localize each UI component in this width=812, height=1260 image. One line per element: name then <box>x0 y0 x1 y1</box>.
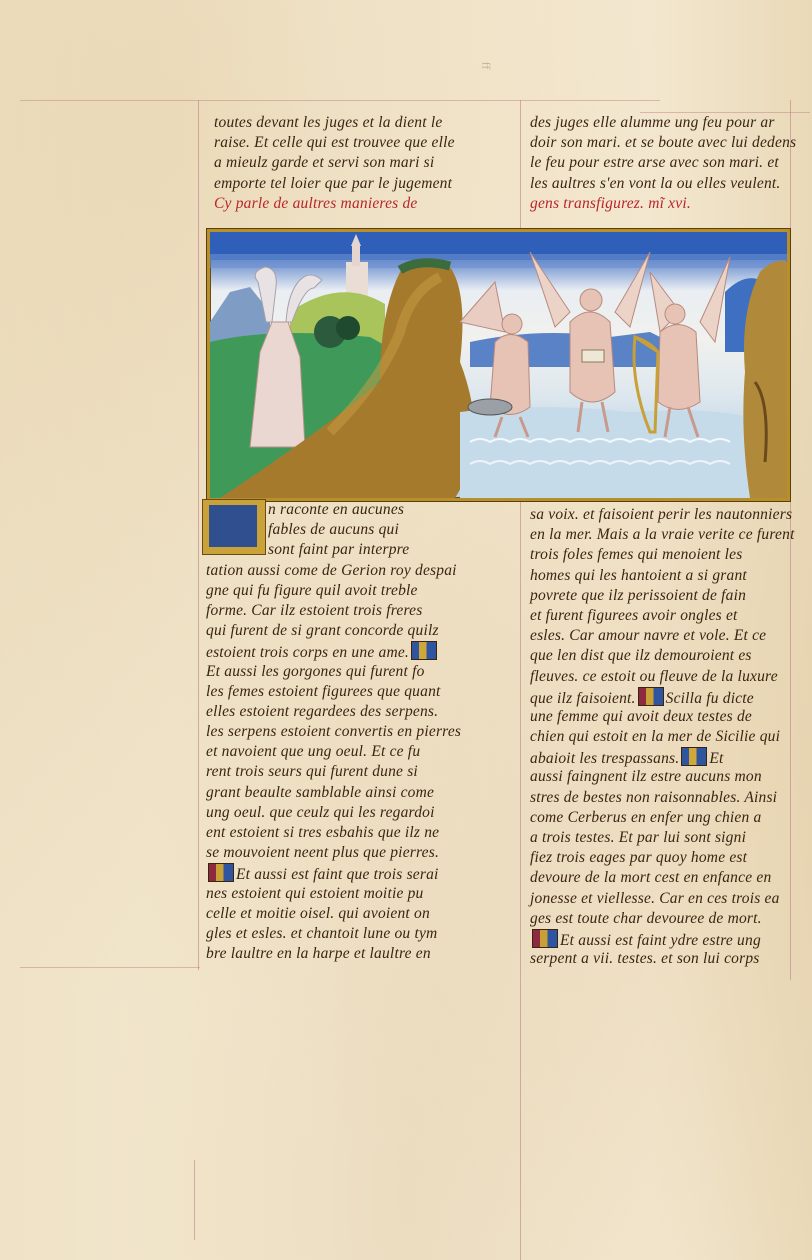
text-line: celle et moitie oisel. qui avoient on <box>206 904 468 924</box>
text-line: les femes estoient figurees que quant <box>206 682 468 702</box>
text-line: des juges elle alumme ung feu pour ar <box>530 113 790 133</box>
text-line: gne qui fu figure quil avoit treble <box>206 581 468 601</box>
text-line: Et aussi est faint que trois serai <box>206 863 468 883</box>
text-line: et furent figurees avoir ongles et <box>530 606 792 626</box>
text-line: bre laultre en la harpe et laultre en <box>206 944 468 964</box>
text-line: a trois testes. Et par lui sont signi <box>530 828 792 848</box>
ruling-line-lower <box>20 967 200 968</box>
text-line: n raconte en aucunes <box>206 500 468 520</box>
ruling-line-bottom-left <box>194 1160 195 1240</box>
text-line: homes qui les hantoient a si grant <box>530 566 792 586</box>
text-line: serpent a vii. testes. et son lui corps <box>530 949 792 969</box>
text-line: devoure de la mort cest en enfance en <box>530 868 792 888</box>
text-line: se mouvoient neent plus que pierres. <box>206 843 468 863</box>
text-line: qui furent de si grant concorde quilz <box>206 621 468 641</box>
small-initial <box>208 863 234 882</box>
text-line: une femme qui avoit deux testes de <box>530 707 792 727</box>
text-span: Et aussi est faint ydre estre ung <box>560 932 761 949</box>
text-line: aussi faingnent ilz estre aucuns mon <box>530 767 792 787</box>
text-line: Et aussi les gorgones qui furent fo <box>206 662 468 682</box>
text-line: ges est toute char devouree de mort. <box>530 909 792 929</box>
manuscript-page: ff toutes devant les juges et la dient l… <box>0 0 812 1260</box>
text-line: raise. Et celle qui est trouvee que elle <box>214 133 474 153</box>
text-line: le feu pour estre arse avec son mari. et <box>530 153 790 173</box>
text-line: grant beaulte samblable ainsi come <box>206 783 468 803</box>
folio-mark: ff <box>478 62 493 70</box>
text-line: jonesse et viellesse. Car en ces trois e… <box>530 889 792 909</box>
ruling-line-left-margin <box>198 100 199 970</box>
text-line: que ilz faisoient.Scilla fu dicte <box>530 687 792 707</box>
text-line: les serpens estoient convertis en pierre… <box>206 722 468 742</box>
small-initial <box>532 929 558 948</box>
text-line: sa voix. et faisoient perir les nautonni… <box>530 505 792 525</box>
text-span: abaioit les trespassans. <box>530 750 679 767</box>
text-line: fiez trois eages par quoy home est <box>530 848 792 868</box>
text-line: ent estoient si tres esbahis que ilz ne <box>206 823 468 843</box>
text-line: que len dist que ilz demouroient es <box>530 646 792 666</box>
text-span: Et aussi est faint que trois serai <box>236 866 439 883</box>
text-line: Et aussi est faint ydre estre ung <box>530 929 792 949</box>
text-span: estoient trois corps en une ame. <box>206 644 409 661</box>
small-initial <box>681 747 707 766</box>
ruling-line-top <box>20 100 660 101</box>
text-line: a mieulz garde et servi son mari si <box>214 153 474 173</box>
text-span: Et <box>709 750 723 767</box>
text-line: esles. Car amour navre et vole. Et ce <box>530 626 792 646</box>
text-line: les aultres s'en vont la ou elles veulen… <box>530 174 790 194</box>
text-column-bottom-right: sa voix. et faisoient perir les nautonni… <box>530 505 792 969</box>
small-initial <box>638 687 664 706</box>
text-line: povrete que ilz perissoient de fain <box>530 586 792 606</box>
text-line: stres de bestes non raisonnables. Ainsi <box>530 788 792 808</box>
text-line: estoient trois corps en une ame. <box>206 641 468 661</box>
text-line: forme. Car ilz estoient trois freres <box>206 601 468 621</box>
text-line: emporte tel loier que par le jugement <box>214 174 474 194</box>
text-line: sont faint par interpre <box>206 540 468 560</box>
text-line: toutes devant les juges et la dient le <box>214 113 474 133</box>
text-line: trois foles femes qui menoient les <box>530 545 792 565</box>
text-span: Scilla fu dicte <box>666 690 754 707</box>
text-line: doir son mari. et se boute avec lui dede… <box>530 133 790 153</box>
text-column-top-left: toutes devant les juges et la dient le r… <box>214 113 474 214</box>
text-line: rent trois seurs qui furent dune si <box>206 762 468 782</box>
text-line: gles et esles. et chantoit lune ou tym <box>206 924 468 944</box>
text-line: abaioit les trespassans.Et <box>530 747 792 767</box>
text-column-bottom-left: n raconte en aucunes fables de aucuns qu… <box>206 500 468 964</box>
text-line: ung oeul. que ceulz qui les regardoi <box>206 803 468 823</box>
text-line: en la mer. Mais a la vraie verite ce fur… <box>530 525 792 545</box>
small-initial <box>411 641 437 660</box>
rubric-heading: gens transfigurez. mĩ xvi. <box>530 194 790 214</box>
text-line: tation aussi come de Gerion roy despai <box>206 561 468 581</box>
text-column-top-right: des juges elle alumme ung feu pour ar do… <box>530 113 790 214</box>
text-line: elles estoient regardees des serpens. <box>206 702 468 722</box>
text-line: fables de aucuns qui <box>206 520 468 540</box>
text-line: chien qui estoit en la mer de Sicilie qu… <box>530 727 792 747</box>
rubric-heading: Cy parle de aultres manieres de <box>214 194 474 214</box>
miniature-painting <box>210 232 787 498</box>
text-line: fleuves. ce estoit ou fleuve de la luxur… <box>530 667 792 687</box>
text-line: nes estoient qui estoient moitie pu <box>206 884 468 904</box>
text-line: et navoient que ung oeul. Et ce fu <box>206 742 468 762</box>
text-span: que ilz faisoient. <box>530 690 636 707</box>
miniature-sirens-illustration <box>207 229 790 501</box>
text-line: come Cerberus en enfer ung chien a <box>530 808 792 828</box>
